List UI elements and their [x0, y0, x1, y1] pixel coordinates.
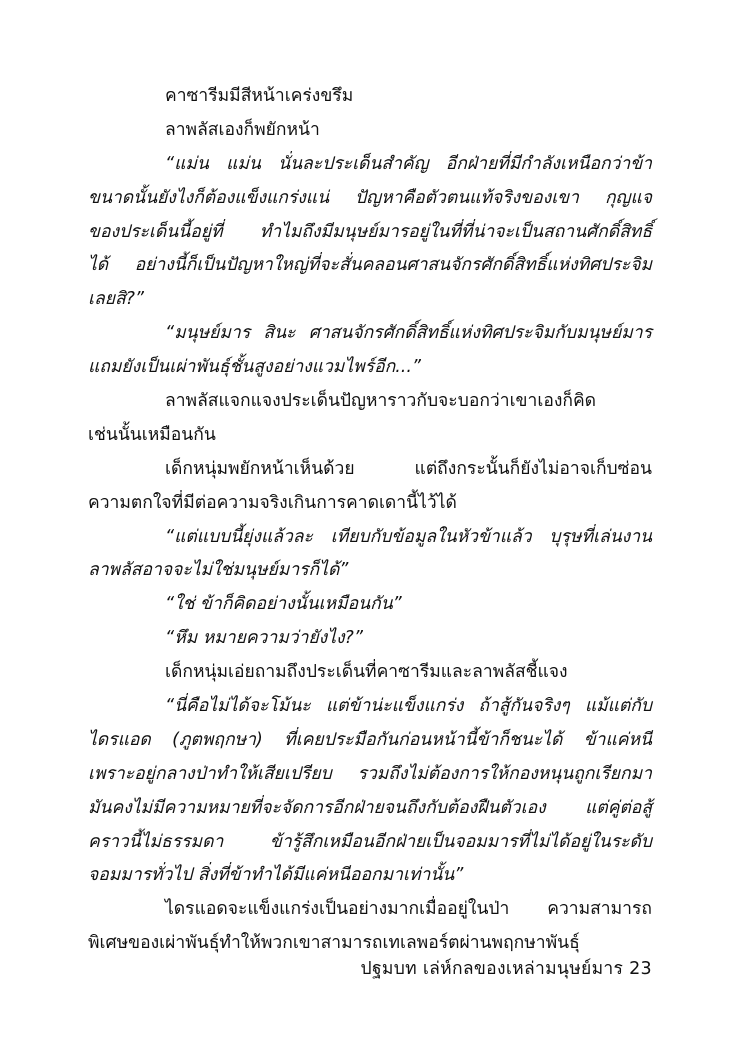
- chapter-title: ปฐมบท เล่ห์กลของเหล่ามนุษย์มาร: [361, 959, 624, 979]
- dialogue-line: คราวนี้ไม่ธรรมดา ข้ารู้สึกเหมือนอีกฝ่ายเ…: [88, 826, 652, 860]
- dialogue-line: “แม่น แม่น นั่นละประเด็นสำคัญ อีกฝ่ายที่…: [88, 148, 652, 182]
- text-line: ไดรแอดจะแข็งแกร่งเป็นอย่างมากเมื่ออยู่ใน…: [88, 893, 652, 927]
- running-footer: ปฐมบท เล่ห์กลของเหล่ามนุษย์มาร 23: [361, 954, 652, 982]
- book-page: คาซารีมมีสีหน้าเคร่งขรึม ลาพลัสเองก็พยัก…: [0, 0, 738, 1051]
- dialogue-line: “หึม หมายความว่ายังไง?”: [88, 622, 652, 656]
- dialogue-line: ลาพลัสอาจจะไม่ใช่มนุษย์มารก็ได้”: [88, 554, 652, 588]
- dialogue-line: เลยสิ?”: [88, 283, 652, 317]
- text-line: เช่นนั้นเหมือนกัน: [88, 419, 652, 453]
- dialogue-line: จอมมารทั่วไป สิ่งที่ข้าทำได้มีแค่หนีออกม…: [88, 859, 652, 893]
- dialogue-line: มันคงไม่มีความหมายที่จะจัดการอีกฝ่ายจนถึ…: [88, 792, 652, 826]
- dialogue-line: “นี่คือไม่ได้จะโม้นะ แต่ข้าน่ะแข็งแกร่ง …: [88, 690, 652, 724]
- text-line: ความตกใจที่มีต่อความจริงเกินการคาดเดานี้…: [88, 487, 652, 521]
- text-line: เด็กหนุ่มพยักหน้าเห็นด้วย แต่ถึงกระนั้นก…: [88, 453, 652, 487]
- dialogue-line: แถมยังเป็นเผ่าพันธุ์ชั้นสูงอย่างแวมไพร์อ…: [88, 351, 652, 385]
- dialogue-line: “แต่แบบนี้ยุ่งแล้วละ เทียบกับข้อมูลในหัว…: [88, 521, 652, 555]
- dialogue-line: ของประเด็นนี้อยู่ที่ ทำไมถึงมีมนุษย์มารอ…: [88, 216, 652, 250]
- text-line: ลาพลัสแจกแจงประเด็นปัญหาราวกับจะบอกว่าเข…: [88, 385, 652, 419]
- dialogue-line: ได้ อย่างนี้ก็เป็นปัญหาใหญ่ที่จะสั่นคลอน…: [88, 249, 652, 283]
- dialogue-line: “ใช่ ข้าก็คิดอย่างนั้นเหมือนกัน”: [88, 588, 652, 622]
- body-text: คาซารีมมีสีหน้าเคร่งขรึม ลาพลัสเองก็พยัก…: [88, 80, 652, 961]
- page-number: 23: [629, 959, 652, 979]
- dialogue-line: ขนาดนั้นยังไงก็ต้องแข็งแกร่งแน่ ปัญหาคือ…: [88, 182, 652, 216]
- dialogue-line: ไดรแอด (ภูตพฤกษา) ที่เคยประมือกันก่อนหน้…: [88, 724, 652, 758]
- dialogue-line: “มนุษย์มาร สินะ ศาสนจักรศักดิ์สิทธิ์แห่ง…: [88, 317, 652, 351]
- text-line: ลาพลัสเองก็พยักหน้า: [88, 114, 652, 148]
- text-line: เด็กหนุ่มเอ่ยถามถึงประเด็นที่คาซารีมและล…: [88, 656, 652, 690]
- text-line: คาซารีมมีสีหน้าเคร่งขรึม: [88, 80, 652, 114]
- dialogue-line: เพราะอยู่กลางป่าทำให้เสียเปรียบ รวมถึงไม…: [88, 758, 652, 792]
